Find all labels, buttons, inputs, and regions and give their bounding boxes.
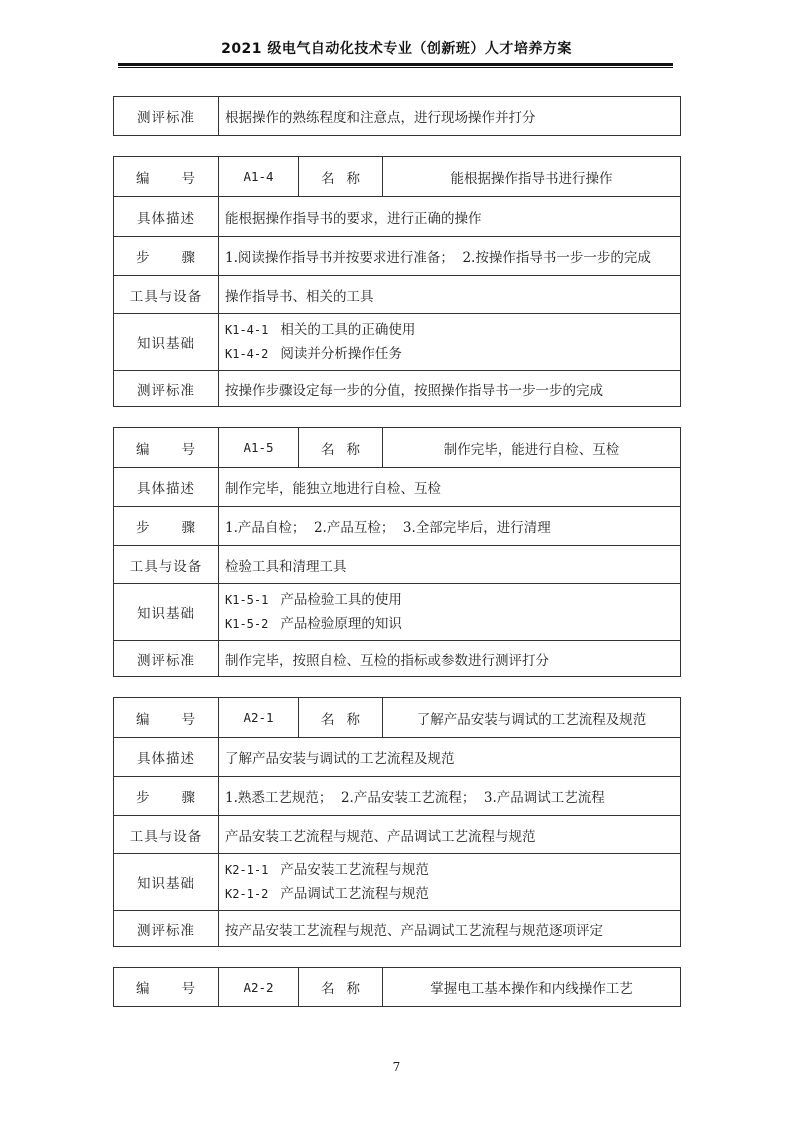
name-label: 名称 bbox=[305, 438, 376, 458]
desc-label: 具体描述 bbox=[114, 468, 219, 507]
knowledge-list: K1-5-1产品检验工具的使用 K1-5-2产品检验原理的知识 bbox=[219, 584, 681, 641]
steps-label: 步骤 bbox=[120, 516, 212, 536]
skill-name: 制作完毕，能进行自检、互检 bbox=[383, 428, 681, 468]
tools-row: 工具与设备 操作指导书、相关的工具 bbox=[114, 276, 681, 314]
name-label: 名称 bbox=[305, 977, 376, 997]
knowledge-item: K1-4-2阅读并分析操作任务 bbox=[225, 342, 674, 366]
skill-code: A2-2 bbox=[219, 968, 299, 1007]
eval-label: 测评标准 bbox=[114, 641, 219, 677]
carryover-table: 测评标准 根据操作的熟练程度和注意点，进行现场操作并打分 bbox=[113, 96, 681, 136]
code-label: 编号 bbox=[120, 977, 212, 997]
knowledge-label: 知识基础 bbox=[114, 584, 219, 641]
desc-value: 能根据操作指导书的要求，进行正确的操作 bbox=[219, 197, 681, 237]
header-row: 编号 A1-5 名称 制作完毕，能进行自检、互检 bbox=[114, 428, 681, 468]
eval-value: 按产品安装工艺流程与规范、产品调试工艺流程与规范逐项评定 bbox=[219, 911, 681, 947]
desc-value: 了解产品安装与调试的工艺流程及规范 bbox=[219, 738, 681, 777]
skill-name: 掌握电工基本操作和内线操作工艺 bbox=[383, 968, 681, 1007]
header-row: 编号 A2-2 名称 掌握电工基本操作和内线操作工艺 bbox=[114, 968, 681, 1007]
code-label: 编号 bbox=[120, 167, 212, 187]
knowledge-row: 知识基础 K2-1-1产品安装工艺流程与规范 K2-1-2产品调试工艺流程与规范 bbox=[114, 854, 681, 911]
eval-label: 测评标准 bbox=[114, 371, 219, 407]
desc-row: 具体描述 能根据操作指导书的要求，进行正确的操作 bbox=[114, 197, 681, 237]
skill-name: 能根据操作指导书进行操作 bbox=[383, 157, 681, 197]
name-label: 名称 bbox=[305, 708, 376, 728]
desc-row: 具体描述 制作完毕，能独立地进行自检、互检 bbox=[114, 468, 681, 507]
desc-label: 具体描述 bbox=[114, 197, 219, 237]
eval-value: 按操作步骤设定每一步的分值，按照操作指导书一步一步的完成 bbox=[219, 371, 681, 407]
skill-table-a1-5: 编号 A1-5 名称 制作完毕，能进行自检、互检 具体描述 制作完毕，能独立地进… bbox=[113, 427, 681, 677]
name-label: 名称 bbox=[305, 167, 376, 187]
knowledge-label: 知识基础 bbox=[114, 314, 219, 371]
desc-row: 具体描述 了解产品安装与调试的工艺流程及规范 bbox=[114, 738, 681, 777]
eval-label: 测评标准 bbox=[114, 97, 219, 136]
eval-value: 制作完毕，按照自检、互检的指标或参数进行测评打分 bbox=[219, 641, 681, 677]
document-title: 2021 级电气自动化技术专业（创新班）人才培养方案 bbox=[0, 38, 793, 58]
skill-code: A1-5 bbox=[219, 428, 299, 468]
knowledge-label: 知识基础 bbox=[114, 854, 219, 911]
steps-value: 1.熟悉工艺规范； 2.产品安装工艺流程； 3.产品调试工艺流程 bbox=[219, 777, 681, 816]
steps-label: 步骤 bbox=[120, 786, 212, 806]
knowledge-item: K2-1-1产品安装工艺流程与规范 bbox=[225, 858, 674, 882]
knowledge-row: 知识基础 K1-4-1相关的工具的正确使用 K1-4-2阅读并分析操作任务 bbox=[114, 314, 681, 371]
tools-label: 工具与设备 bbox=[114, 546, 219, 584]
tools-row: 工具与设备 产品安装工艺流程与规范、产品调试工艺流程与规范 bbox=[114, 816, 681, 854]
desc-label: 具体描述 bbox=[114, 738, 219, 777]
header-divider bbox=[118, 63, 673, 68]
steps-value: 1.产品自检； 2.产品互检； 3.全部完毕后，进行清理 bbox=[219, 507, 681, 546]
knowledge-item: K1-4-1相关的工具的正确使用 bbox=[225, 318, 674, 342]
tools-value: 产品安装工艺流程与规范、产品调试工艺流程与规范 bbox=[219, 816, 681, 854]
tools-label: 工具与设备 bbox=[114, 816, 219, 854]
eval-value: 根据操作的熟练程度和注意点，进行现场操作并打分 bbox=[219, 97, 681, 136]
tools-value: 操作指导书、相关的工具 bbox=[219, 276, 681, 314]
skill-table-a1-4: 编号 A1-4 名称 能根据操作指导书进行操作 具体描述 能根据操作指导书的要求… bbox=[113, 156, 681, 407]
steps-row: 步骤 1.阅读操作指导书并按要求进行准备； 2.按操作指导书一步一步的完成 bbox=[114, 237, 681, 276]
code-label: 编号 bbox=[120, 438, 212, 458]
skill-table-a2-1: 编号 A2-1 名称 了解产品安装与调试的工艺流程及规范 具体描述 了解产品安装… bbox=[113, 697, 681, 947]
eval-row: 测评标准 按操作步骤设定每一步的分值，按照操作指导书一步一步的完成 bbox=[114, 371, 681, 407]
knowledge-list: K2-1-1产品安装工艺流程与规范 K2-1-2产品调试工艺流程与规范 bbox=[219, 854, 681, 911]
skill-name: 了解产品安装与调试的工艺流程及规范 bbox=[383, 698, 681, 738]
eval-row: 测评标准 根据操作的熟练程度和注意点，进行现场操作并打分 bbox=[114, 97, 681, 136]
page-number: 7 bbox=[0, 1060, 793, 1074]
skill-code: A2-1 bbox=[219, 698, 299, 738]
skill-table-a2-2: 编号 A2-2 名称 掌握电工基本操作和内线操作工艺 bbox=[113, 967, 681, 1007]
steps-row: 步骤 1.产品自检； 2.产品互检； 3.全部完毕后，进行清理 bbox=[114, 507, 681, 546]
header-row: 编号 A1-4 名称 能根据操作指导书进行操作 bbox=[114, 157, 681, 197]
code-label: 编号 bbox=[120, 708, 212, 728]
desc-value: 制作完毕，能独立地进行自检、互检 bbox=[219, 468, 681, 507]
header-row: 编号 A2-1 名称 了解产品安装与调试的工艺流程及规范 bbox=[114, 698, 681, 738]
knowledge-item: K1-5-1产品检验工具的使用 bbox=[225, 588, 674, 612]
steps-value: 1.阅读操作指导书并按要求进行准备； 2.按操作指导书一步一步的完成 bbox=[219, 237, 681, 276]
steps-row: 步骤 1.熟悉工艺规范； 2.产品安装工艺流程； 3.产品调试工艺流程 bbox=[114, 777, 681, 816]
skill-code: A1-4 bbox=[219, 157, 299, 197]
tools-label: 工具与设备 bbox=[114, 276, 219, 314]
tools-row: 工具与设备 检验工具和清理工具 bbox=[114, 546, 681, 584]
eval-row: 测评标准 制作完毕，按照自检、互检的指标或参数进行测评打分 bbox=[114, 641, 681, 677]
knowledge-item: K1-5-2产品检验原理的知识 bbox=[225, 612, 674, 636]
steps-label: 步骤 bbox=[120, 246, 212, 266]
eval-row: 测评标准 按产品安装工艺流程与规范、产品调试工艺流程与规范逐项评定 bbox=[114, 911, 681, 947]
eval-label: 测评标准 bbox=[114, 911, 219, 947]
knowledge-list: K1-4-1相关的工具的正确使用 K1-4-2阅读并分析操作任务 bbox=[219, 314, 681, 371]
tools-value: 检验工具和清理工具 bbox=[219, 546, 681, 584]
knowledge-item: K2-1-2产品调试工艺流程与规范 bbox=[225, 882, 674, 906]
knowledge-row: 知识基础 K1-5-1产品检验工具的使用 K1-5-2产品检验原理的知识 bbox=[114, 584, 681, 641]
